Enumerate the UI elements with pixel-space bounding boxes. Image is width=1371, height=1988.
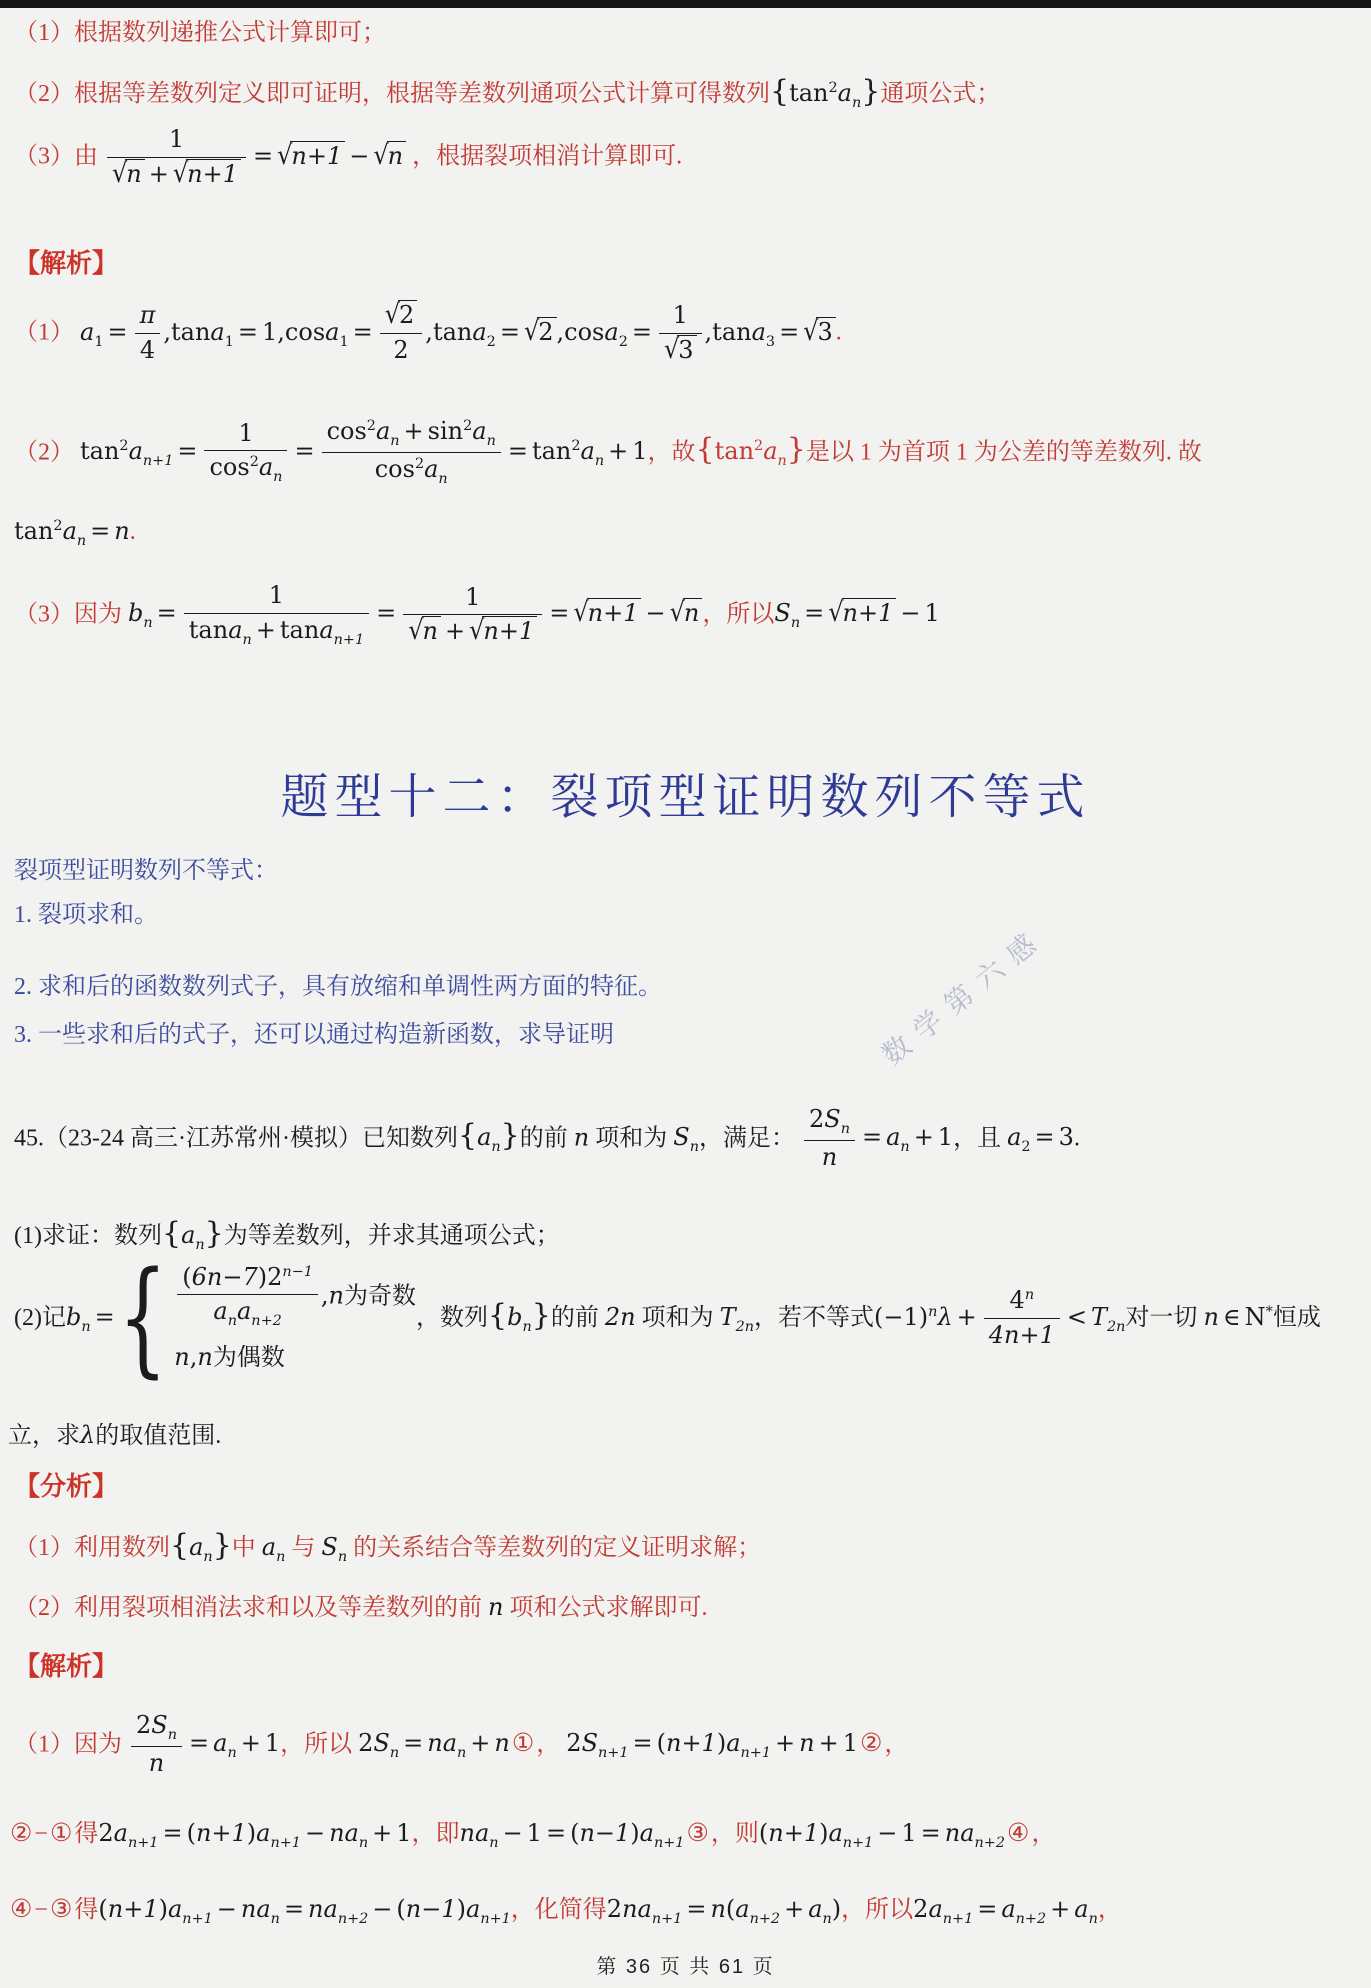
math-tan2an-eq-n: tan2an=n [14,517,130,545]
math-token: a [466,1895,480,1923]
math-token: 【解析】 [14,249,118,278]
math-token: b [66,1303,81,1331]
math-token: a [256,1819,270,1847]
math-token: n+1 [196,1819,247,1847]
math-group: √2 [380,302,423,333]
math-simplified: 2nan+1=n(an+2+an) [607,1895,841,1923]
math-token: = [253,142,273,170]
section-header-jiexi-1: 【解析】 [14,247,118,281]
math-token: n+2 [338,1911,368,1927]
math-token: 1 [924,599,939,627]
math-token: n−1 [282,1264,312,1280]
math-token: ( [657,1729,666,1757]
math-token: 2 [367,418,376,434]
math-token: N [1245,1303,1266,1331]
math-token: + [775,1729,795,1757]
math-token: cos [375,455,415,483]
math-token: a [1074,1895,1088,1923]
eq-op-2-minus-1: ②−①得 [8,1821,98,1847]
math-token: 2 [53,518,62,534]
math-token: 2 [619,333,628,349]
math-token: ， [1098,1897,1122,1923]
math-token: 1 [107,126,246,157]
math-token: ) [630,1819,639,1847]
math-token: 2 [98,1819,113,1847]
math-token: = [977,1895,997,1923]
math-token: T [720,1303,736,1331]
math-token: n [522,1319,531,1335]
math-token: = [1035,1123,1055,1151]
math-token: ) [457,1895,466,1923]
fraction: 2Snn [131,1712,182,1778]
math-token: + [819,1729,839,1757]
math-eq-derive-1: 2an+1=(n+1)an+1−nan+1 [98,1819,411,1847]
analysis-point-2: （2）根据等差数列定义即可证明，根据等差数列通项公式计算可得数列{tan2an}… [14,72,1000,113]
math-token: 项和公式求解即可. [509,1595,707,1621]
math-token: = [353,318,373,346]
math-token: = [403,1729,423,1757]
section-header-fenxi: 【分析】 [14,1470,118,1504]
math-token: n+1 [128,1835,158,1851]
math-token: . [1074,1125,1080,1151]
math-token: √ [373,138,388,173]
math-token: ③ [50,1896,72,1923]
math-token: 1 [938,1123,953,1151]
math-token: } [205,1216,224,1251]
math-token: na [622,1895,652,1923]
math-token: 中 [232,1535,256,1561]
math-token: 2 [809,1105,824,1133]
math-token: 2 [829,80,838,96]
math-token: a [228,616,242,644]
math-token: = [500,318,520,346]
math-token: n [494,1729,509,1757]
math-token: n [422,616,441,645]
math-token: a [1001,1895,1015,1923]
math-token: = [546,1819,566,1847]
eq-op-4-minus-3: ④−③得 [8,1897,98,1923]
solution1-step-1: （1） a1=π4,tana1=1,cosa1=√22,tana2=√2,cos… [14,302,842,364]
math-token: − [217,1895,237,1923]
math-token: } [501,1118,520,1153]
sqrt: √n [112,160,145,188]
math-token: − [503,1819,523,1847]
math-token: . [130,519,136,545]
math-token: n [1089,1911,1098,1927]
math-token: tan [171,318,210,346]
math-token: n [390,1745,399,1761]
math-token: = [508,437,528,465]
math-token: n [338,1549,347,1565]
fraction: √22 [380,302,423,364]
math-token: = [162,1819,182,1847]
math-token: n [488,1593,503,1621]
math-token: a [237,1297,251,1325]
math-tan2an-set-red: {tan2an} [696,437,806,465]
math-token: − [34,1897,48,1923]
math-token: 2 [415,456,424,472]
math-token: n [168,1727,177,1743]
math-token: n [228,1313,237,1329]
math-token: 1 [265,1729,280,1757]
math-token: ( [759,1819,768,1847]
math-token: } [532,1298,551,1333]
math-token: . [836,320,842,346]
math-token: a [640,1819,654,1847]
math-token: 1 [901,1819,916,1847]
math-final: 2an+1=an+2+an [913,1895,1098,1923]
sqrt: √3 [803,318,836,346]
eq-ref-4: ④ [1007,1820,1029,1847]
math-token: 2 [380,333,423,365]
math-token: = [238,318,258,346]
math-token: a [376,417,390,445]
math-token: √ [828,596,843,631]
math-token: 2. 求和后的函数数列式子，具有放缩和单调性两方面的特征。 [14,974,662,1000]
math-token: n [243,631,252,647]
math-token: 3 [677,335,696,364]
math-token: n [227,1745,236,1761]
math-a1-values: a1=π4,tana1=1,cosa1=√22,tana2=√2,cosa2=1… [80,318,836,346]
math-token: 2 [487,333,496,349]
math-token: − [34,1821,48,1847]
math-token: 1 [204,420,287,451]
math-token: a [472,318,486,346]
math-token: { [488,1298,507,1333]
math-token: （1）因为 [14,1731,122,1757]
math-an: an [262,1533,286,1561]
math-token: S [321,1533,337,1561]
math-token: √ [385,300,400,331]
math-token: a [213,1729,227,1757]
math-token: = [107,318,127,346]
math-token: ，数列 [416,1305,488,1331]
math-token: n [841,1121,850,1137]
math-condition: 2Snn=an+1 [128,1729,280,1757]
analysis-point-1: （1）根据数列递推公式计算即可； [14,18,386,49]
math-token: a [477,1123,491,1151]
math-token: n+1 [143,453,173,469]
math-token: tan [715,437,754,465]
math-token: S [151,1711,167,1739]
math-token: 6n−7 [192,1263,258,1291]
math-an-set: {an} [458,1123,520,1151]
math-token: ，且 [953,1125,1001,1151]
math-token: 为等差数列，并求其通项公式； [224,1223,560,1249]
solution1-step-3: （3）因为 bn=1tanan+tanan+1=1√n+√n+1=√n+1−√n… [14,582,940,648]
math-token: 恒成 [1273,1305,1321,1331]
math-token: 得 [74,1897,98,1923]
math-token: + [404,417,424,445]
math-token: ) [247,1819,256,1847]
math-group: π [135,302,161,333]
math-eq4: (n+1)an+1−1=nan+2 [759,1819,1005,1847]
math-group: anan+2 [177,1294,318,1329]
math-token: n [1203,1303,1218,1331]
math-token: a [828,1819,842,1847]
math-token: 项和为 [642,1305,714,1331]
math-token: a [735,1895,749,1923]
math-token: + [372,1819,392,1847]
math-token: n [487,433,496,449]
math-token: n [197,1343,212,1371]
math-token: 的取值范围. [95,1423,221,1449]
math-token: na [945,1819,975,1847]
math-token: ，所以 [841,1897,913,1923]
math-token: a [213,1297,227,1325]
math-token: 2 [754,438,763,454]
math-token: n [174,1343,189,1371]
math-token: a [259,453,273,481]
math-token: ( [98,1895,107,1923]
math-token: 与 [291,1535,315,1561]
piecewise-brace: { [118,1262,167,1375]
math-token: n+1 [598,1745,628,1761]
math-group: tanan+tanan+1 [184,613,369,648]
math-token: n+1 [480,1911,510,1927]
math-token: 2 [1021,1139,1030,1155]
sqrt: √n+1 [828,599,896,627]
math-token: + [445,617,465,645]
math-token: n [491,1139,500,1155]
math-token: n [791,615,800,631]
fenxi-point-1: （1）利用数列{an}中 an 与 Sn 的关系结合等差数列的定义证明求解； [14,1526,761,1567]
math-group: cos2an [204,450,287,485]
piecewise: {(6n−7)2n−1anan+2,n为奇数n,n为偶数 [119,1262,416,1375]
math-token: （2） [14,439,74,465]
section-item-2: 2. 求和后的函数数列式子，具有放缩和单调性两方面的特征。 [14,972,662,1003]
math-token: − [645,599,665,627]
math-token: ，所以 [280,1731,352,1757]
math-token: = [376,599,396,627]
math-token: λ [80,1421,95,1449]
math-token: S [824,1105,840,1133]
fraction: 4n4n+1 [984,1287,1060,1349]
math-token: a [319,616,333,644]
math-token: cos [564,318,604,346]
math-token: 为奇数 [344,1281,416,1309]
math-bn-set: {bn} [488,1303,551,1331]
math-token: (−1) [874,1303,928,1331]
math-token: 2 [358,1729,373,1757]
math-token: 2 [267,1263,282,1291]
math-token: n [823,1911,832,1927]
math-token: ( [187,1819,196,1847]
math-token: S [373,1729,389,1757]
math-token: a [424,455,438,483]
math-bn-telescoping: bn=1tanan+tanan+1=1√n+√n+1=√n+1−√n [128,599,702,627]
math-token: ，所以 [702,601,774,627]
math-token: √ [469,616,484,647]
section-intro: 裂项型证明数列不等式： [14,856,278,887]
math-token: 45.（23-24 高三·江苏常州·模拟）已知数列 [14,1125,458,1151]
sqrt: √n [408,617,441,645]
math-token: n [81,1319,90,1335]
math-token: 【分析】 [14,1472,118,1501]
math-token: ) [159,1895,168,1923]
math-token: − [349,142,369,170]
math-token: ) [717,1729,726,1757]
math-token: 1 [632,437,647,465]
math-token: tan [789,79,828,107]
sqrt: √2 [385,301,418,329]
math-token: , [163,318,171,346]
math-token: ， [1031,1821,1055,1847]
sqrt: √n+1 [573,599,641,627]
math-token: na [308,1895,338,1923]
sqrt: √2 [524,318,557,346]
section-item-3: 3. 一些求和后的式子，还可以通过构造新函数，求导证明 [14,1020,614,1051]
math-token: cos [285,318,325,346]
solution1-step-2: （2） tan2an+1=1cos2an=cos2an+sin2ancos2an… [14,418,1202,488]
math-token: n+2 [975,1835,1005,1851]
math-token: + [957,1303,977,1331]
math-token: tan [80,437,119,465]
math-token: a [325,318,339,346]
problem-45-part-1: (1)求证：数列{an}为等差数列，并求其通项公式； [14,1214,560,1255]
math-token: 2 [136,1711,151,1739]
math-token: a [726,1729,740,1757]
math-token: n [149,1749,164,1777]
math-token: 4 [1010,1286,1025,1314]
math-split-identity: 1√n+√n+1=√n+1−√n [104,142,406,170]
math-token: n [359,1835,368,1851]
math-token: 是以 1 为首项 1 为公差的等差数列. 故 [806,439,1202,465]
math-token: = [632,318,652,346]
top-border-bar [0,0,1371,8]
math-token: 2n [605,1303,636,1331]
math-token: n [799,1729,814,1757]
sqrt: √3 [664,336,697,364]
math-token: 4n+1 [984,1318,1060,1350]
math-token: { [696,432,715,467]
math-token: 1 [659,302,702,333]
math-token: = [804,599,824,627]
math-token: S [673,1123,689,1151]
piecewise-case-odd: (6n−7)2n−1anan+2,n为奇数 [174,1264,416,1330]
math-token: b [128,599,143,627]
math-token: a [80,318,94,346]
math-token: + [784,1895,804,1923]
math-token: n [143,615,152,631]
math-token: n [203,1549,212,1565]
math-eq-derive-2: (n+1)an+1−nan=nan+2−(n−1)an+1 [98,1895,510,1923]
problem-45-statement: 45.（23-24 高三·江苏常州·模拟）已知数列{an}的前 n 项和为 Sn… [14,1106,1080,1172]
math-token: cos [327,417,367,445]
math-token: + [241,1729,261,1757]
fraction: 1√3 [659,302,702,364]
math-token: − [305,1819,325,1847]
math-token: √ [664,334,679,365]
math-token: , [557,318,565,346]
math-token: tan [14,517,53,545]
math-token: − [877,1819,897,1847]
piecewise-case-even: n,n为偶数 [174,1342,285,1373]
math-token: （1）根据数列递推公式计算即可； [14,20,386,46]
math-token: a [168,1895,182,1923]
solution2-step-2: ②−①得2an+1=(n+1)an+1−nan+1，即nan−1=(n−1)an… [8,1818,1055,1853]
math-token: n+1 [652,1911,682,1927]
math-token: ( [182,1263,191,1291]
math-token: ④ [10,1896,32,1923]
math-token: 2 [398,300,417,329]
math-token: − [900,599,920,627]
math-token: { [170,1528,189,1563]
math-token: a [114,1819,128,1847]
math-token: = [686,1895,706,1923]
math-token: n+1 [108,1895,159,1923]
math-token: a [189,1533,203,1561]
math-inequality: (−1)nλ+4n4n+1<T2n [874,1303,1125,1331]
math-token: ，即 [412,1821,460,1847]
math-token: = [862,1123,882,1151]
math-token: a [63,517,77,545]
fraction: 1√n+√n+1 [107,126,246,188]
math-n-in-N: n∈N* [1203,1303,1272,1331]
math-token: = [177,437,197,465]
math-token: n [778,453,787,469]
math-token: n [329,1281,344,1309]
math-eq1: 2Sn=nan+n [358,1729,510,1757]
fenxi-point-2: （2）利用裂项相消法求和以及等差数列的前 n 项和公式求解即可. [14,1592,707,1624]
math-token: 2n [736,1319,754,1335]
math-token: n+2 [750,1911,780,1927]
math-group: n [131,1746,182,1778]
fraction: (6n−7)2n−1anan+2 [177,1264,318,1330]
math-token: = [633,1729,653,1757]
math-token: 1 [225,333,234,349]
math-token: n+1 [186,159,241,188]
math-token: ，故 [648,439,696,465]
math-token: − [372,1895,392,1923]
math-token: π [140,301,156,329]
math-group: 2Sn [131,1712,182,1746]
math-token: a [604,318,618,346]
math-token: 1. 裂项求和。 [14,902,158,928]
math-token: cos [209,453,249,481]
math-token: a [210,318,224,346]
math-token: 1 [184,582,369,613]
math-token: 1 [262,318,277,346]
math-token: ① [50,1820,72,1847]
math-token: 项和为 [595,1125,667,1151]
math-token: n [1025,1287,1034,1303]
math-token: ( [726,1895,735,1923]
math-group: cos2an+sin2an [322,418,501,452]
math-token: 2 [607,1895,622,1923]
math-a2: a2=3 [1007,1123,1074,1151]
math-token: n [271,1911,280,1927]
math-token: a [928,1895,942,1923]
math-token: n [273,469,282,485]
math-token: na [241,1895,271,1923]
math-token: n+1 [334,631,364,647]
math-token: 立，求 [8,1423,80,1449]
section-item-1: 1. 裂项求和。 [14,900,158,931]
math-token: { [458,1118,477,1153]
math-token: ，则 [711,1821,759,1847]
math-token: n+1 [741,1745,771,1761]
math-token: , [277,318,285,346]
math-token: S [774,599,790,627]
sqrt: √n+1 [469,617,537,645]
math-token: = [157,599,177,627]
math-token: n [390,433,399,449]
math-token: （1）利用数列 [14,1535,170,1561]
math-token: n [852,95,861,111]
solution2-step-3: ④−③得(n+1)an+1−nan=nan+2−(n−1)an+1，化简得2na… [8,1894,1122,1929]
math-token: 3 [816,317,835,346]
